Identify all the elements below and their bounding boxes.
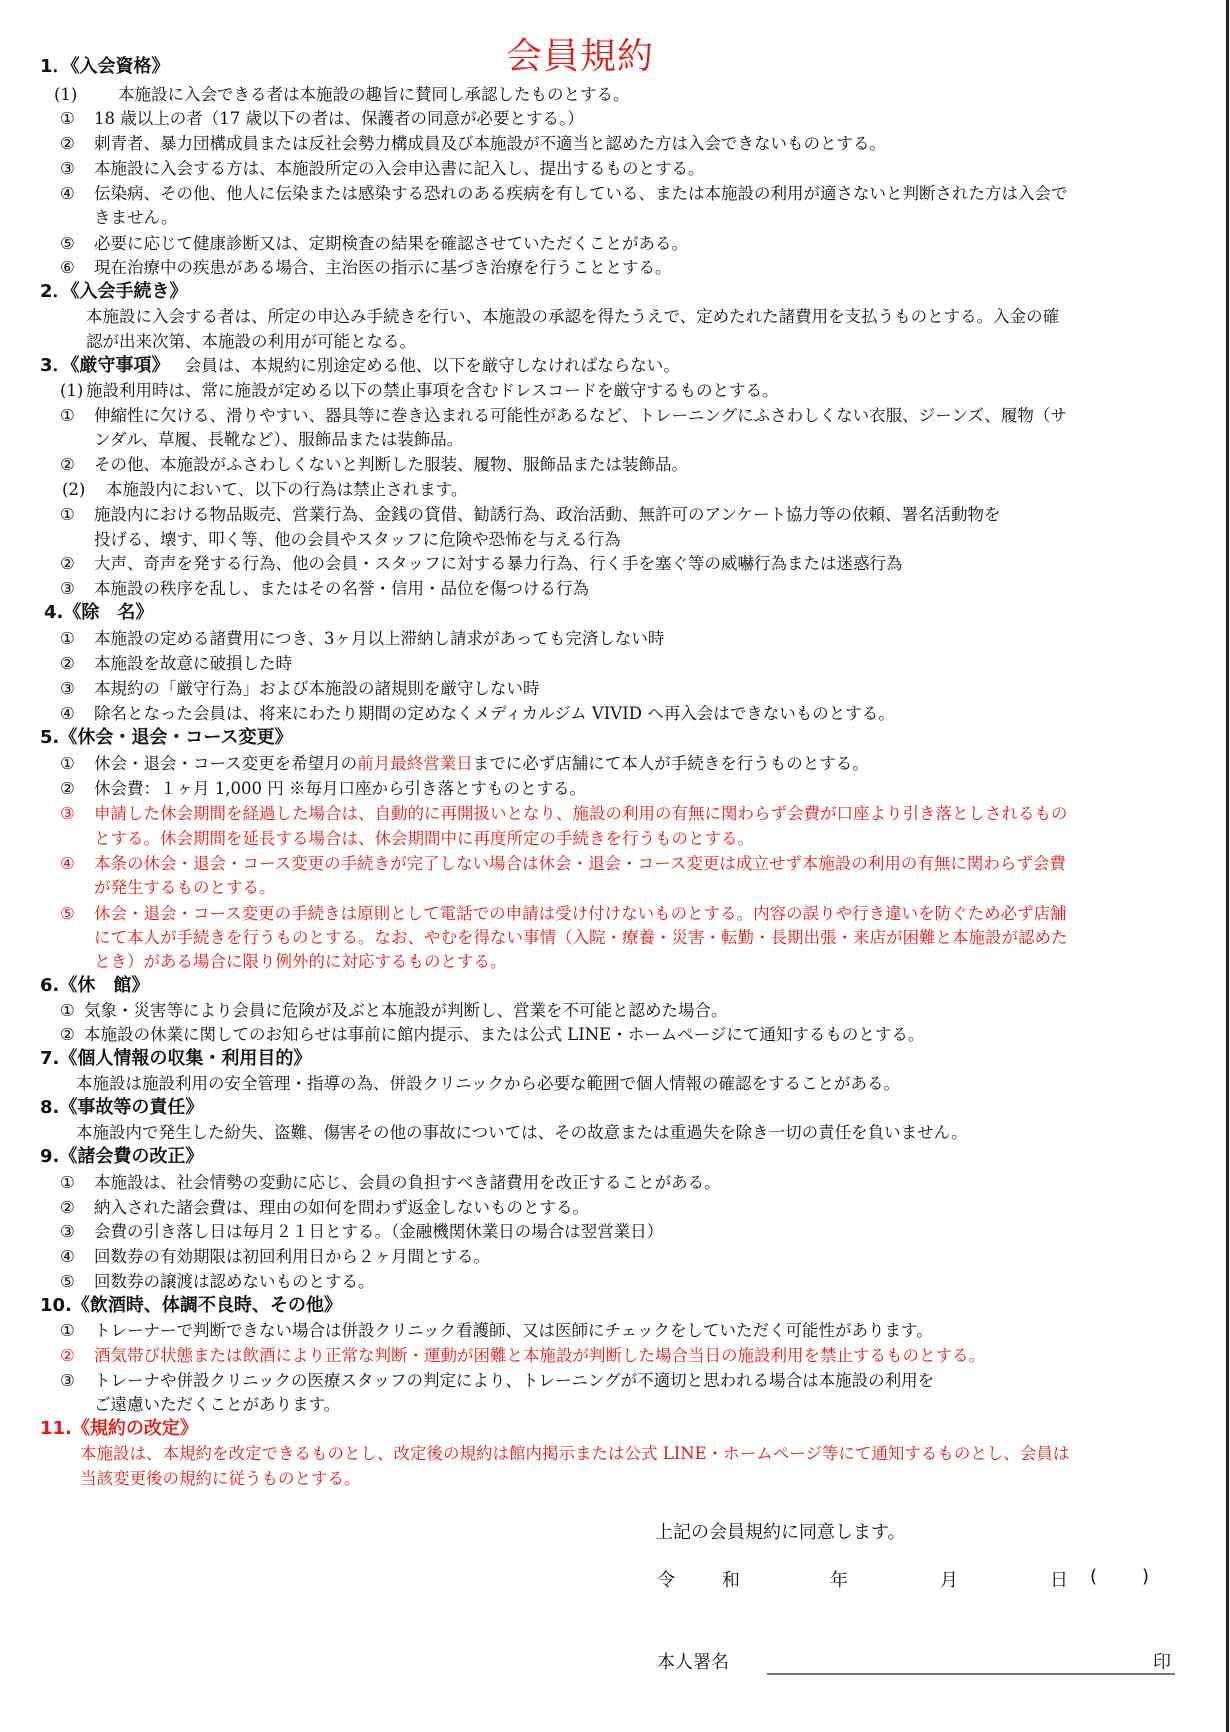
item-text: 18 歳以上の者（17 歳以下の者は、保護者の同意が必要とする。） xyxy=(94,109,584,128)
list-item: ①本施設の定める諸費用につき、3ヶ月以上滞納し請求があっても完済しない時 xyxy=(60,628,664,650)
list-item: ①18 歳以上の者（17 歳以下の者は、保護者の同意が必要とする。） xyxy=(60,108,584,130)
item-text: 現在治療中の疾患がある場合、主治医の指示に基づき治療を行うこととする。 xyxy=(94,258,672,277)
paragraph-line: 本施設に入会する者は、所定の申込み手続きを行い、本施設の承認を得たうえで、定めた… xyxy=(86,306,1059,328)
item-text: 回数券の譲渡は認めないものとする。 xyxy=(94,1272,375,1291)
item-text: 申請した休会期間を経過した場合は、自動的に再開扱いとなり、施設の利用の有無に関わ… xyxy=(94,804,1068,823)
list-item: ⑥現在治療中の疾患がある場合、主治医の指示に基づき治療を行うこととする。 xyxy=(60,257,672,279)
list-item: ②大声、奇声を発する行為、他の会員・スタッフに対する暴力行為、行く手を塞ぐ等の威… xyxy=(60,553,903,575)
item-number: ② xyxy=(60,1024,84,1046)
item-text: トレーナや併設クリニックの医療スタッフの判定により、トレーニングが不適切と思われ… xyxy=(94,1371,934,1390)
item-number: ③ xyxy=(60,678,94,700)
list-item-continuation: とする。休会期間を延長する場合は、休会期間中に再度所定の手続きを行うものとする。 xyxy=(94,828,754,850)
day-label: 日 xyxy=(1050,1566,1068,1592)
item-number: ③ xyxy=(60,1221,94,1243)
list-item: ②納入された諸会費は、理由の如何を問わず返金しないものとする。 xyxy=(60,1197,589,1219)
item-number: ③ xyxy=(60,158,94,180)
item-text: 伝染病、その他、他人に伝染または感染する恐れのある疾病を有している、または本施設… xyxy=(94,184,1068,203)
document-title: 会員規約 xyxy=(0,28,1160,79)
item-text: までに必ず店舗にて本人が手続きを行うものとする。 xyxy=(473,754,869,773)
item-text: 除名となった会員は、将来にわたり期間の定めなくメディカルジム VIVID へ再入… xyxy=(94,704,895,723)
list-item-continuation: ンダル、草履、長靴など）、服飾品または装飾品。 xyxy=(94,429,463,451)
signature-field[interactable] xyxy=(767,1640,1147,1672)
item-text: 必要に応じて健康診断又は、定期検査の結果を確認させていただくことがある。 xyxy=(94,234,688,253)
item-text: 本施設の秩序を乱し、またはその名誉・信用・品位を傷つける行為 xyxy=(94,579,589,598)
item-text: 本施設は、社会情勢の変動に応じ、会員の負担すべき諸費用を改正することがある。 xyxy=(94,1173,721,1192)
list-item: ③会費の引き落し日は毎月２１日とする。（金融機関休業日の場合は翌営業日） xyxy=(60,1221,663,1243)
item-number: ① xyxy=(60,504,94,526)
item-text: 刺青者、暴力団構成員または反社会勢力構成員及び本施設が不適当と認めた方は入会でき… xyxy=(94,134,886,153)
item-text: 大声、奇声を発する行為、他の会員・スタッフに対する暴力行為、行く手を塞ぐ等の威嚇… xyxy=(94,554,903,573)
list-item: ②本施設を故意に破損した時 xyxy=(60,653,292,675)
list-item: ④本条の休会・退会・コース変更の手続きが完了しない場合は休会・退会・コース変更は… xyxy=(60,853,1066,875)
item-number: ⑤ xyxy=(60,1271,94,1293)
item-number: ① xyxy=(60,1000,84,1022)
section-1-intro: (1)本施設に入会できる者は本施設の趣旨に賛同し承認したものとする。 xyxy=(54,84,630,106)
item-number: ④ xyxy=(60,183,94,205)
list-item-continuation: にて本人が手続きを行うものとする。なお、やむを得ない事情（入院・療養・災害・転勤… xyxy=(94,927,1068,949)
list-item: ①施設内における物品販売、営業行為、金銭の貸借、勧誘行為、政治活動、無許可のアン… xyxy=(60,504,1001,526)
list-item: ①トレーナーで判断できない場合は併設クリニック看護師、又は医師にチェックをしてい… xyxy=(60,1320,933,1342)
section-3-heading: 3．《厳守事項》 xyxy=(40,355,170,376)
section-10-heading: 10.《飲酒時、体調不良時、その他》 xyxy=(40,1295,342,1317)
list-item: ③トレーナや併設クリニックの医療スタッフの判定により、トレーニングが不適切と思わ… xyxy=(60,1370,934,1392)
item-text: 施設内における物品販売、営業行為、金銭の貸借、勧誘行為、政治活動、無許可のアンケ… xyxy=(94,505,1001,524)
list-item-continuation: ご遠慮いただくことがあります。 xyxy=(94,1394,340,1416)
section-9-heading: 9.《諸会費の改正》 xyxy=(40,1146,203,1168)
list-item: ④回数券の有効期限は初回利用日から２ヶ月間とする。 xyxy=(60,1246,490,1268)
item-number: ② xyxy=(60,1197,94,1219)
sub-clause-text: 本施設内において、以下の行為は禁止されます。 xyxy=(106,480,467,499)
list-item: ②本施設の休業に関してのお知らせは事前に館内提示、または公式 LINE・ホームペ… xyxy=(60,1024,924,1046)
list-item: ⑤必要に応じて健康診断又は、定期検査の結果を確認させていただくことがある。 xyxy=(60,233,688,255)
paragraph-line: 本施設は施設利用の安全管理・指導の為、併設クリニックから必要な範囲で個人情報の確… xyxy=(76,1073,900,1095)
paragraph-line: 本施設内で発生した紛失、盗難、傷害その他の事故については、その故意または重過失を… xyxy=(76,1122,968,1144)
sub-clause: (2)本施設内において、以下の行為は禁止されます。 xyxy=(62,479,467,501)
item-number: ② xyxy=(60,553,94,575)
item-number: ① xyxy=(60,628,94,650)
list-item: ①本施設は、社会情勢の変動に応じ、会員の負担すべき諸費用を改正することがある。 xyxy=(60,1172,721,1194)
section-6-heading: 6.《休 館》 xyxy=(40,975,149,997)
day-field[interactable] xyxy=(962,1560,1042,1588)
item-number: ⑤ xyxy=(60,903,94,925)
intro-text: 本施設に入会できる者は本施設の趣旨に賛同し承認したものとする。 xyxy=(118,85,630,104)
section-3-heading-row: 3．《厳守事項》 会員は、本規約に別途定める他、以下を厳守しなければならない。 xyxy=(40,355,680,377)
year-label: 年 xyxy=(830,1566,848,1592)
list-item-continuation: とき）がある場合に限り例外的に対応するものとする。 xyxy=(94,951,507,973)
list-item: ①気象・災害等により会員に危険が及ぶと本施設が判断し、営業を不可能と認めた場合。 xyxy=(60,1000,728,1022)
section-5-heading: 5.《休会・退会・コース変更》 xyxy=(40,727,292,749)
list-item: ④除名となった会員は、将来にわたり期間の定めなくメディカルジム VIVID へ再… xyxy=(60,703,895,725)
intro-number: (1) xyxy=(54,84,118,106)
list-item: ⑤休会・退会・コース変更の手続きは原則として電話での申請は受け付けないものとする… xyxy=(60,903,1067,925)
sub-clause-number: (2) xyxy=(62,479,106,501)
era-char-2: 和 xyxy=(722,1566,740,1592)
highlighted-deadline: 前月最終営業日 xyxy=(357,754,473,773)
list-item: ①休会・退会・コース変更を希望月の前月最終営業日までに必ず店舗にて本人が手続きを… xyxy=(60,753,869,775)
item-number: ① xyxy=(60,1320,94,1342)
sub-clause-text: 施設利用時は、常に施設が定める以下の禁止事項を含むドレスコードを厳守するものとす… xyxy=(86,381,779,400)
item-number: ① xyxy=(60,1172,94,1194)
item-text: トレーナーで判断できない場合は併設クリニック看護師、又は医師にチェックをしていた… xyxy=(94,1321,933,1340)
item-number: ④ xyxy=(60,1246,94,1268)
item-number: ② xyxy=(60,653,94,675)
paragraph-line: 認が出来次第、本施設の利用が可能となる。 xyxy=(86,331,416,353)
item-number: ① xyxy=(60,753,94,775)
item-number: ③ xyxy=(60,1370,94,1392)
list-item-continuation: 投げる、壊す、叩く等、他の会員やスタッフに危険や恐怖を与える行為 xyxy=(94,529,621,551)
item-text: 会費の引き落し日は毎月２１日とする。（金融機関休業日の場合は翌営業日） xyxy=(94,1222,663,1241)
section-8-heading: 8.《事故等の責任》 xyxy=(40,1097,203,1119)
list-item-continuation: が発生するものとする。 xyxy=(94,877,276,899)
list-item: ①伸縮性に欠ける、滑りやすい、器具等に巻き込まれる可能性があるなど、トレーニング… xyxy=(60,405,1067,427)
item-number: ⑥ xyxy=(60,257,94,279)
list-item: ③申請した休会期間を経過した場合は、自動的に再開扱いとなり、施設の利用の有無に関… xyxy=(60,803,1068,825)
weekday-paren-close: ) xyxy=(1142,1566,1149,1587)
item-text: 納入された諸会費は、理由の如何を問わず返金しないものとする。 xyxy=(94,1198,589,1217)
item-text: 回数券の有効期限は初回利用日から２ヶ月間とする。 xyxy=(94,1247,490,1266)
section-4-heading: 4.《除 名》 xyxy=(44,602,153,624)
item-text: 本施設の定める諸費用につき、3ヶ月以上滞納し請求があっても完済しない時 xyxy=(94,629,664,648)
item-text: 伸縮性に欠ける、滑りやすい、器具等に巻き込まれる可能性があるなど、トレーニングに… xyxy=(94,406,1067,425)
item-number: ① xyxy=(60,108,94,130)
item-text: 本規約の「厳守行為」および本施設の諸規則を厳守しない時 xyxy=(94,679,540,698)
sub-clause-number: (1) xyxy=(60,380,86,402)
section-3-note: 会員は、本規約に別途定める他、以下を厳守しなければならない。 xyxy=(185,356,680,375)
item-text: その他、本施設がふさわしくないと判断した服装、履物、服飾品または装飾品。 xyxy=(94,455,688,474)
month-label: 月 xyxy=(940,1566,958,1592)
item-text: 気象・災害等により会員に危険が及ぶと本施設が判断し、営業を不可能と認めた場合。 xyxy=(84,1001,728,1020)
weekday-field[interactable] xyxy=(1098,1560,1138,1588)
list-item: ②休会費：１ヶ月 1,000 円 ※毎月口座から引き落とすものとする。 xyxy=(60,778,586,800)
document-page: 会員規約 1．《入会資格》 (1)本施設に入会できる者は本施設の趣旨に賛同し承認… xyxy=(0,0,1229,1732)
item-text: 本施設を故意に破損した時 xyxy=(94,654,292,673)
signature-underline xyxy=(767,1673,1175,1675)
paragraph-line: 本施設は、本規約を改定できるものとし、改定後の規約は館内掲示または公式 LINE… xyxy=(80,1443,1069,1465)
weekday-paren-open: ( xyxy=(1090,1566,1097,1587)
item-text: 酒気帯び状態または飲酒により正常な判断・運動が困難と本施設が判断した場合当日の施… xyxy=(94,1346,985,1365)
item-text: 休会・退会・コース変更の手続きは原則として電話での申請は受け付けないものとする。… xyxy=(94,904,1067,923)
item-text: 本条の休会・退会・コース変更の手続きが完了しない場合は休会・退会・コース変更は成… xyxy=(94,854,1066,873)
list-item: ⑤回数券の譲渡は認めないものとする。 xyxy=(60,1271,375,1293)
item-text: 本施設の休業に関してのお知らせは事前に館内提示、または公式 LINE・ホームペー… xyxy=(84,1025,924,1044)
item-text: 本施設に入会する方は、本施設所定の入会申込書に記入し、提出するものとする。 xyxy=(94,159,705,178)
section-7-heading: 7.《個人情報の収集・利用目的》 xyxy=(40,1048,311,1070)
item-number: ⑤ xyxy=(60,233,94,255)
item-number: ② xyxy=(60,778,94,800)
item-number: ③ xyxy=(60,578,94,600)
section-11-heading: 11.《規約の改定》 xyxy=(40,1418,198,1440)
item-text: 休会費：１ヶ月 1,000 円 ※毎月口座から引き落とすものとする。 xyxy=(94,779,586,798)
agreement-statement: 上記の会員規約に同意します。 xyxy=(655,1518,906,1544)
item-number: ① xyxy=(60,405,94,427)
item-number: ② xyxy=(60,1345,94,1367)
item-number: ④ xyxy=(60,853,94,875)
item-text: 休会・退会・コース変更を希望月の xyxy=(94,754,357,773)
era-char-1: 令 xyxy=(657,1566,675,1592)
month-field[interactable] xyxy=(852,1560,932,1588)
list-item-continuation: きません。 xyxy=(94,207,178,229)
list-item: ②刺青者、暴力団構成員または反社会勢力構成員及び本施設が不適当と認めた方は入会で… xyxy=(60,133,886,155)
paragraph-line: 当該変更後の規約に従うものとする。 xyxy=(80,1468,361,1490)
item-number: ② xyxy=(60,133,94,155)
item-number: ④ xyxy=(60,703,94,725)
list-item: ③本施設の秩序を乱し、またはその名誉・信用・品位を傷つける行為 xyxy=(60,578,589,600)
list-item: ④伝染病、その他、他人に伝染または感染する恐れのある疾病を有している、または本施… xyxy=(60,183,1068,205)
seal-label: 印 xyxy=(1153,1648,1171,1674)
list-item: ②その他、本施設がふさわしくないと判断した服装、履物、服飾品または装飾品。 xyxy=(60,454,688,476)
list-item: ③本施設に入会する方は、本施設所定の入会申込書に記入し、提出するものとする。 xyxy=(60,158,705,180)
sub-clause: (1)施設利用時は、常に施設が定める以下の禁止事項を含むドレスコードを厳守するも… xyxy=(60,380,779,402)
list-item: ②酒気帯び状態または飲酒により正常な判断・運動が困難と本施設が判断した場合当日の… xyxy=(60,1345,985,1367)
item-number: ③ xyxy=(60,803,94,825)
signature-label: 本人署名 xyxy=(657,1648,729,1674)
item-number: ② xyxy=(60,454,94,476)
section-2-heading: 2．《入会手続き》 xyxy=(40,281,188,303)
year-field[interactable] xyxy=(742,1560,822,1588)
section-1-heading: 1．《入会資格》 xyxy=(40,56,170,78)
list-item: ③本規約の「厳守行為」および本施設の諸規則を厳守しない時 xyxy=(60,678,540,700)
